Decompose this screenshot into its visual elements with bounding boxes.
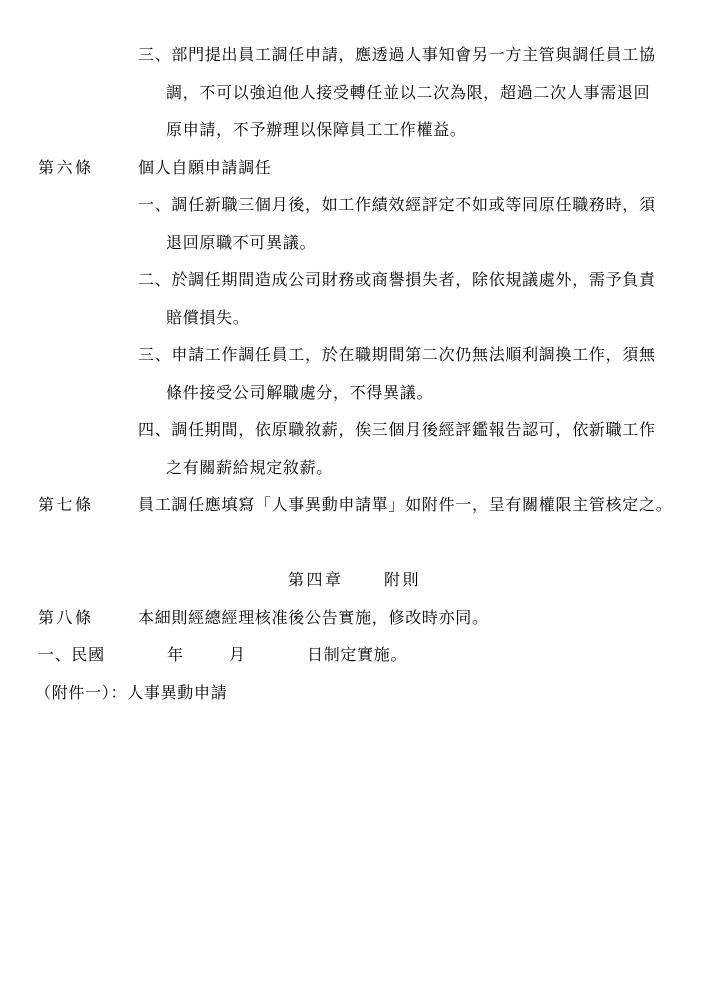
article6-item3-line2: 條件接受公司解職處分，不得異議。: [0, 375, 709, 413]
enactment-date-year-label: 年: [167, 637, 184, 675]
chapter-4-title: 附則: [384, 572, 421, 589]
enactment-date-month-label: 月: [229, 637, 246, 675]
document-page: 三、部門提出員工調任申請，應透過人事知會另一方主管與調任員工協 調，不可以強迫他…: [0, 0, 709, 1005]
item3-dept-transfer-line1: 三、部門提出員工調任申請，應透過人事知會另一方主管與調任員工協: [0, 37, 709, 75]
article-8-number: 第八條: [38, 600, 94, 638]
attachment-note: （附件一）：人事異動申請: [0, 675, 709, 713]
article-6-number: 第六條: [38, 150, 94, 188]
enactment-date-prefix: 一、民國: [38, 637, 105, 675]
item3-dept-transfer-line3: 原申請，不予辦理以保障員工工作權益。: [0, 112, 709, 150]
enactment-date-day-suffix: 日制定實施。: [307, 637, 407, 675]
item3-dept-transfer-line2: 調，不可以強迫他人接受轉任並以二次為限，超過二次人事需退回: [0, 75, 709, 113]
article6-item1-line1: 一、調任新職三個月後，如工作績效經評定不如或等同原任職務時，須: [0, 187, 709, 225]
article-8: 第八條 本細則經總經理核准後公告實施，修改時亦同。: [0, 600, 709, 638]
chapter-4-heading: 第四章 附則: [0, 562, 709, 600]
enactment-date-line: 一、民國 年 月 日制定實施。: [0, 637, 709, 675]
article-7-number: 第七條: [38, 487, 94, 525]
chapter-4-number: 第四章: [288, 572, 344, 589]
article-6-title: 個人自願申請調任: [138, 160, 272, 177]
article6-item1-line2: 退回原職不可異議。: [0, 225, 709, 263]
article-7-text: 員工調任應填寫「人事異動申請單」如附件一，呈有關權限主管核定之。: [138, 497, 672, 514]
article6-item2-line2: 賠償損失。: [0, 300, 709, 338]
article6-item3-line1: 三、申請工作調任員工，於在職期間第二次仍無法順利調換工作，須無: [0, 337, 709, 375]
article-8-text: 本細則經總經理核准後公告實施，修改時亦同。: [138, 610, 489, 627]
blank-line: [0, 525, 709, 563]
article6-item2-line1: 二、於調任期間造成公司財務或商譽損失者，除依規議處外，需予負責: [0, 262, 709, 300]
article6-item4-line1: 四、調任期間，依原職敘薪，俟三個月後經評鑑報告認可，依新職工作: [0, 412, 709, 450]
article-7: 第七條 員工調任應填寫「人事異動申請單」如附件一，呈有關權限主管核定之。: [0, 487, 709, 525]
article-6: 第六條 個人自願申請調任: [0, 150, 709, 188]
article6-item4-line2: 之有關薪給規定敘薪。: [0, 450, 709, 488]
